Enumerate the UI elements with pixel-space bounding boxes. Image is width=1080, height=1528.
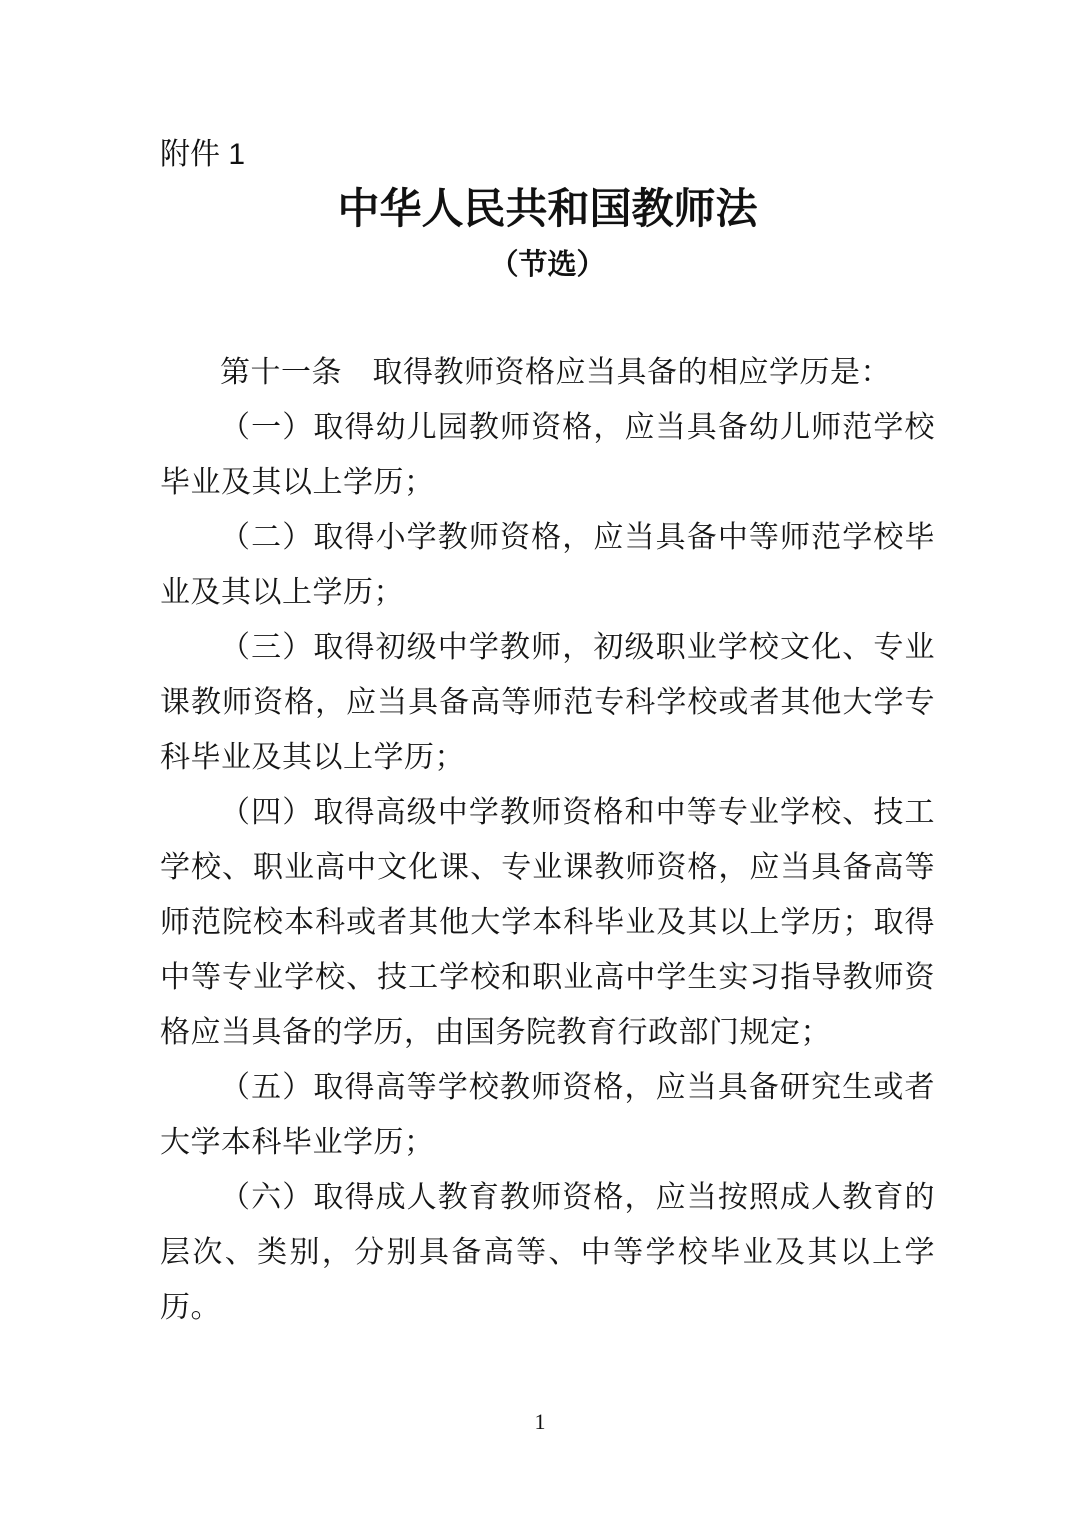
paragraph-item-3-junior-secondary: （三）取得初级中学教师，初级职业学校文化、专业课教师资格，应当具备高等师范专科学… [160, 620, 935, 785]
document-title: 中华人民共和国教师法 [160, 186, 935, 232]
document-body: 第十一条 取得教师资格应当具备的相应学历是： （一）取得幼儿园教师资格，应当具备… [160, 345, 935, 1335]
paragraph-item-4-senior-secondary: （四）取得高级中学教师资格和中等专业学校、技工学校、职业高中文化课、专业课教师资… [160, 785, 935, 1060]
document-page: 附件 1 中华人民共和国教师法 （节选） 第十一条 取得教师资格应当具备的相应学… [0, 0, 1080, 1528]
page-number: 1 [0, 1408, 1080, 1436]
paragraph-item-5-higher-education: （五）取得高等学校教师资格，应当具备研究生或者大学本科毕业学历； [160, 1060, 935, 1170]
paragraph-item-1-kindergarten: （一）取得幼儿园教师资格，应当具备幼儿师范学校毕业及其以上学历； [160, 400, 935, 510]
paragraph-item-2-primary: （二）取得小学教师资格，应当具备中等师范学校毕业及其以上学历； [160, 510, 935, 620]
paragraph-item-6-adult-education: （六）取得成人教育教师资格，应当按照成人教育的层次、类别，分别具备高等、中等学校… [160, 1170, 935, 1335]
paragraph-article-11-intro: 第十一条 取得教师资格应当具备的相应学历是： [160, 345, 935, 400]
document-subtitle: （节选） [160, 247, 935, 283]
attachment-label: 附件 1 [160, 137, 935, 173]
